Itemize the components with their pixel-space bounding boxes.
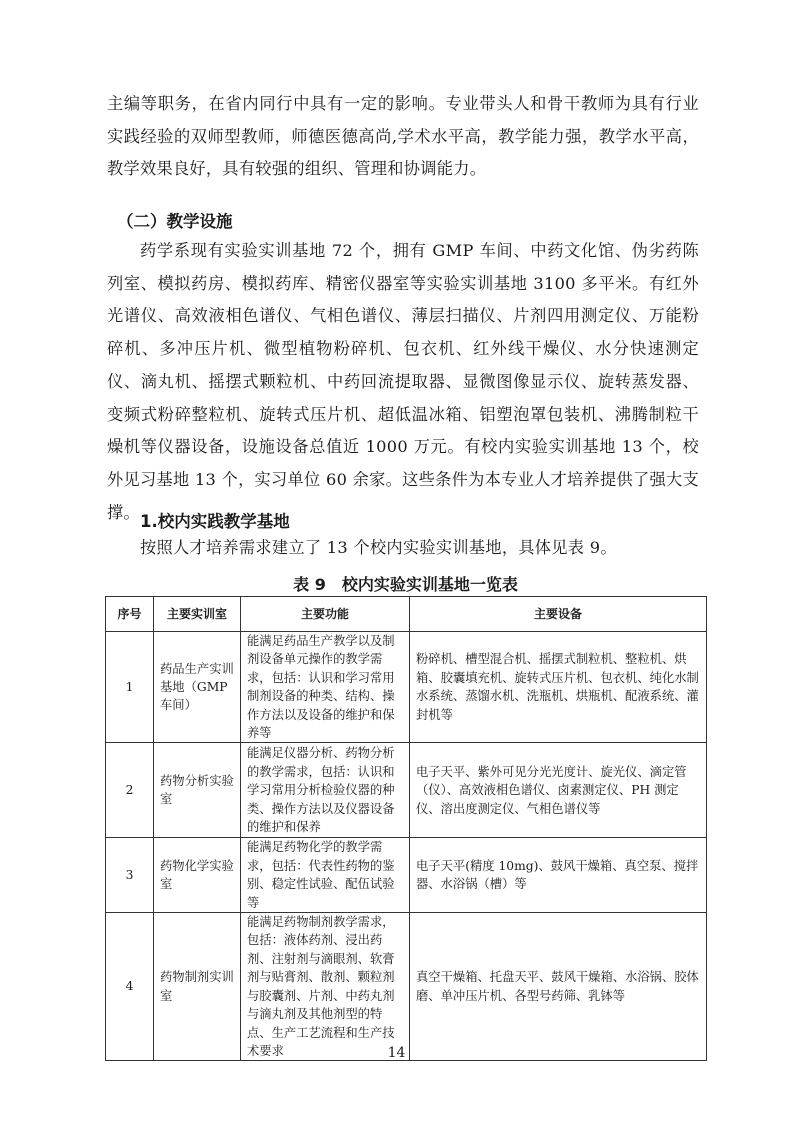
page-number: 14 xyxy=(0,1045,793,1061)
paragraph-faculty-summary: 主编等职务，在省内同行中具有一定的影响。专业带头人和骨干教师为具有行业实践经验的… xyxy=(107,88,699,186)
cell-equipment: 真空干燥箱、托盘天平、鼓风干燥箱、水浴锅、胶体磨、单冲压片机、各型号药筛、乳钵等 xyxy=(410,913,707,1061)
cell-function: 能满足药物化学的教学需求，包括：代表性药物的鉴别、稳定性试验、配伍试验等 xyxy=(241,838,410,913)
table-row: 3 药物化学实验室 能满足药物化学的教学需求，包括：代表性药物的鉴别、稳定性试验… xyxy=(106,838,707,913)
campus-training-base-table: 序号 主要实训室 主要功能 主要设备 1 药品生产实训基地（GMP 车间） 能满… xyxy=(105,596,707,1061)
cell-room: 药品生产实训基地（GMP 车间） xyxy=(154,632,241,743)
header-room: 主要实训室 xyxy=(154,597,241,632)
paragraph-table-intro: 按照人才培养需求建立了 13 个校内实验实训基地，具体见表 9。 xyxy=(107,532,699,565)
cell-room: 药物化学实验室 xyxy=(154,838,241,913)
cell-function: 能满足药品生产教学以及制剂设备单元操作的教学需求，包括：认识和学习常用制剂设备的… xyxy=(241,632,410,743)
cell-no: 4 xyxy=(106,913,154,1061)
paragraph-facilities-description: 药学系现有实验实训基地 72 个，拥有 GMP 车间、中药文化馆、伪劣药陈列室、… xyxy=(107,235,699,529)
table-header-row: 序号 主要实训室 主要功能 主要设备 xyxy=(106,597,707,632)
cell-no: 2 xyxy=(106,743,154,838)
section-heading-teaching-facilities: （二）教学设施 xyxy=(117,208,233,232)
cell-function: 能满足药物制剂教学需求，包括：液体药剂、浸出药剂、注射剂与滴眼剂、软膏剂与贴膏剂… xyxy=(241,913,410,1061)
table-row: 2 药物分析实验室 能满足仪器分析、药物分析的教学需求，包括：认识和学习常用分析… xyxy=(106,743,707,838)
cell-equipment: 电子天平、紫外可见分光光度计、旋光仪、滴定管（仪）、高效液相色谱仪、卤素测定仪、… xyxy=(410,743,707,838)
header-equipment: 主要设备 xyxy=(410,597,707,632)
cell-room: 药物分析实验室 xyxy=(154,743,241,838)
cell-no: 1 xyxy=(106,632,154,743)
header-function: 主要功能 xyxy=(241,597,410,632)
cell-equipment: 粉碎机、槽型混合机、摇摆式制粒机、整粒机、烘箱、胶囊填充机、旋转式压片机、包衣机… xyxy=(410,632,707,743)
table-row: 4 药物制剂实训室 能满足药物制剂教学需求，包括：液体药剂、浸出药剂、注射剂与滴… xyxy=(106,913,707,1061)
cell-equipment: 电子天平(精度 10mg)、鼓风干燥箱、真空泵、搅拌器、水浴锅（槽）等 xyxy=(410,838,707,913)
table-caption: 表 9 校内实验实训基地一览表 xyxy=(105,572,706,595)
cell-room: 药物制剂实训室 xyxy=(154,913,241,1061)
table-row: 1 药品生产实训基地（GMP 车间） 能满足药品生产教学以及制剂设备单元操作的教… xyxy=(106,632,707,743)
subsection-heading-campus-base: 1.校内实践教学基地 xyxy=(140,508,290,532)
cell-function: 能满足仪器分析、药物分析的教学需求，包括：认识和学习常用分析检验仪器的种类、操作… xyxy=(241,743,410,838)
cell-no: 3 xyxy=(106,838,154,913)
header-no: 序号 xyxy=(106,597,154,632)
